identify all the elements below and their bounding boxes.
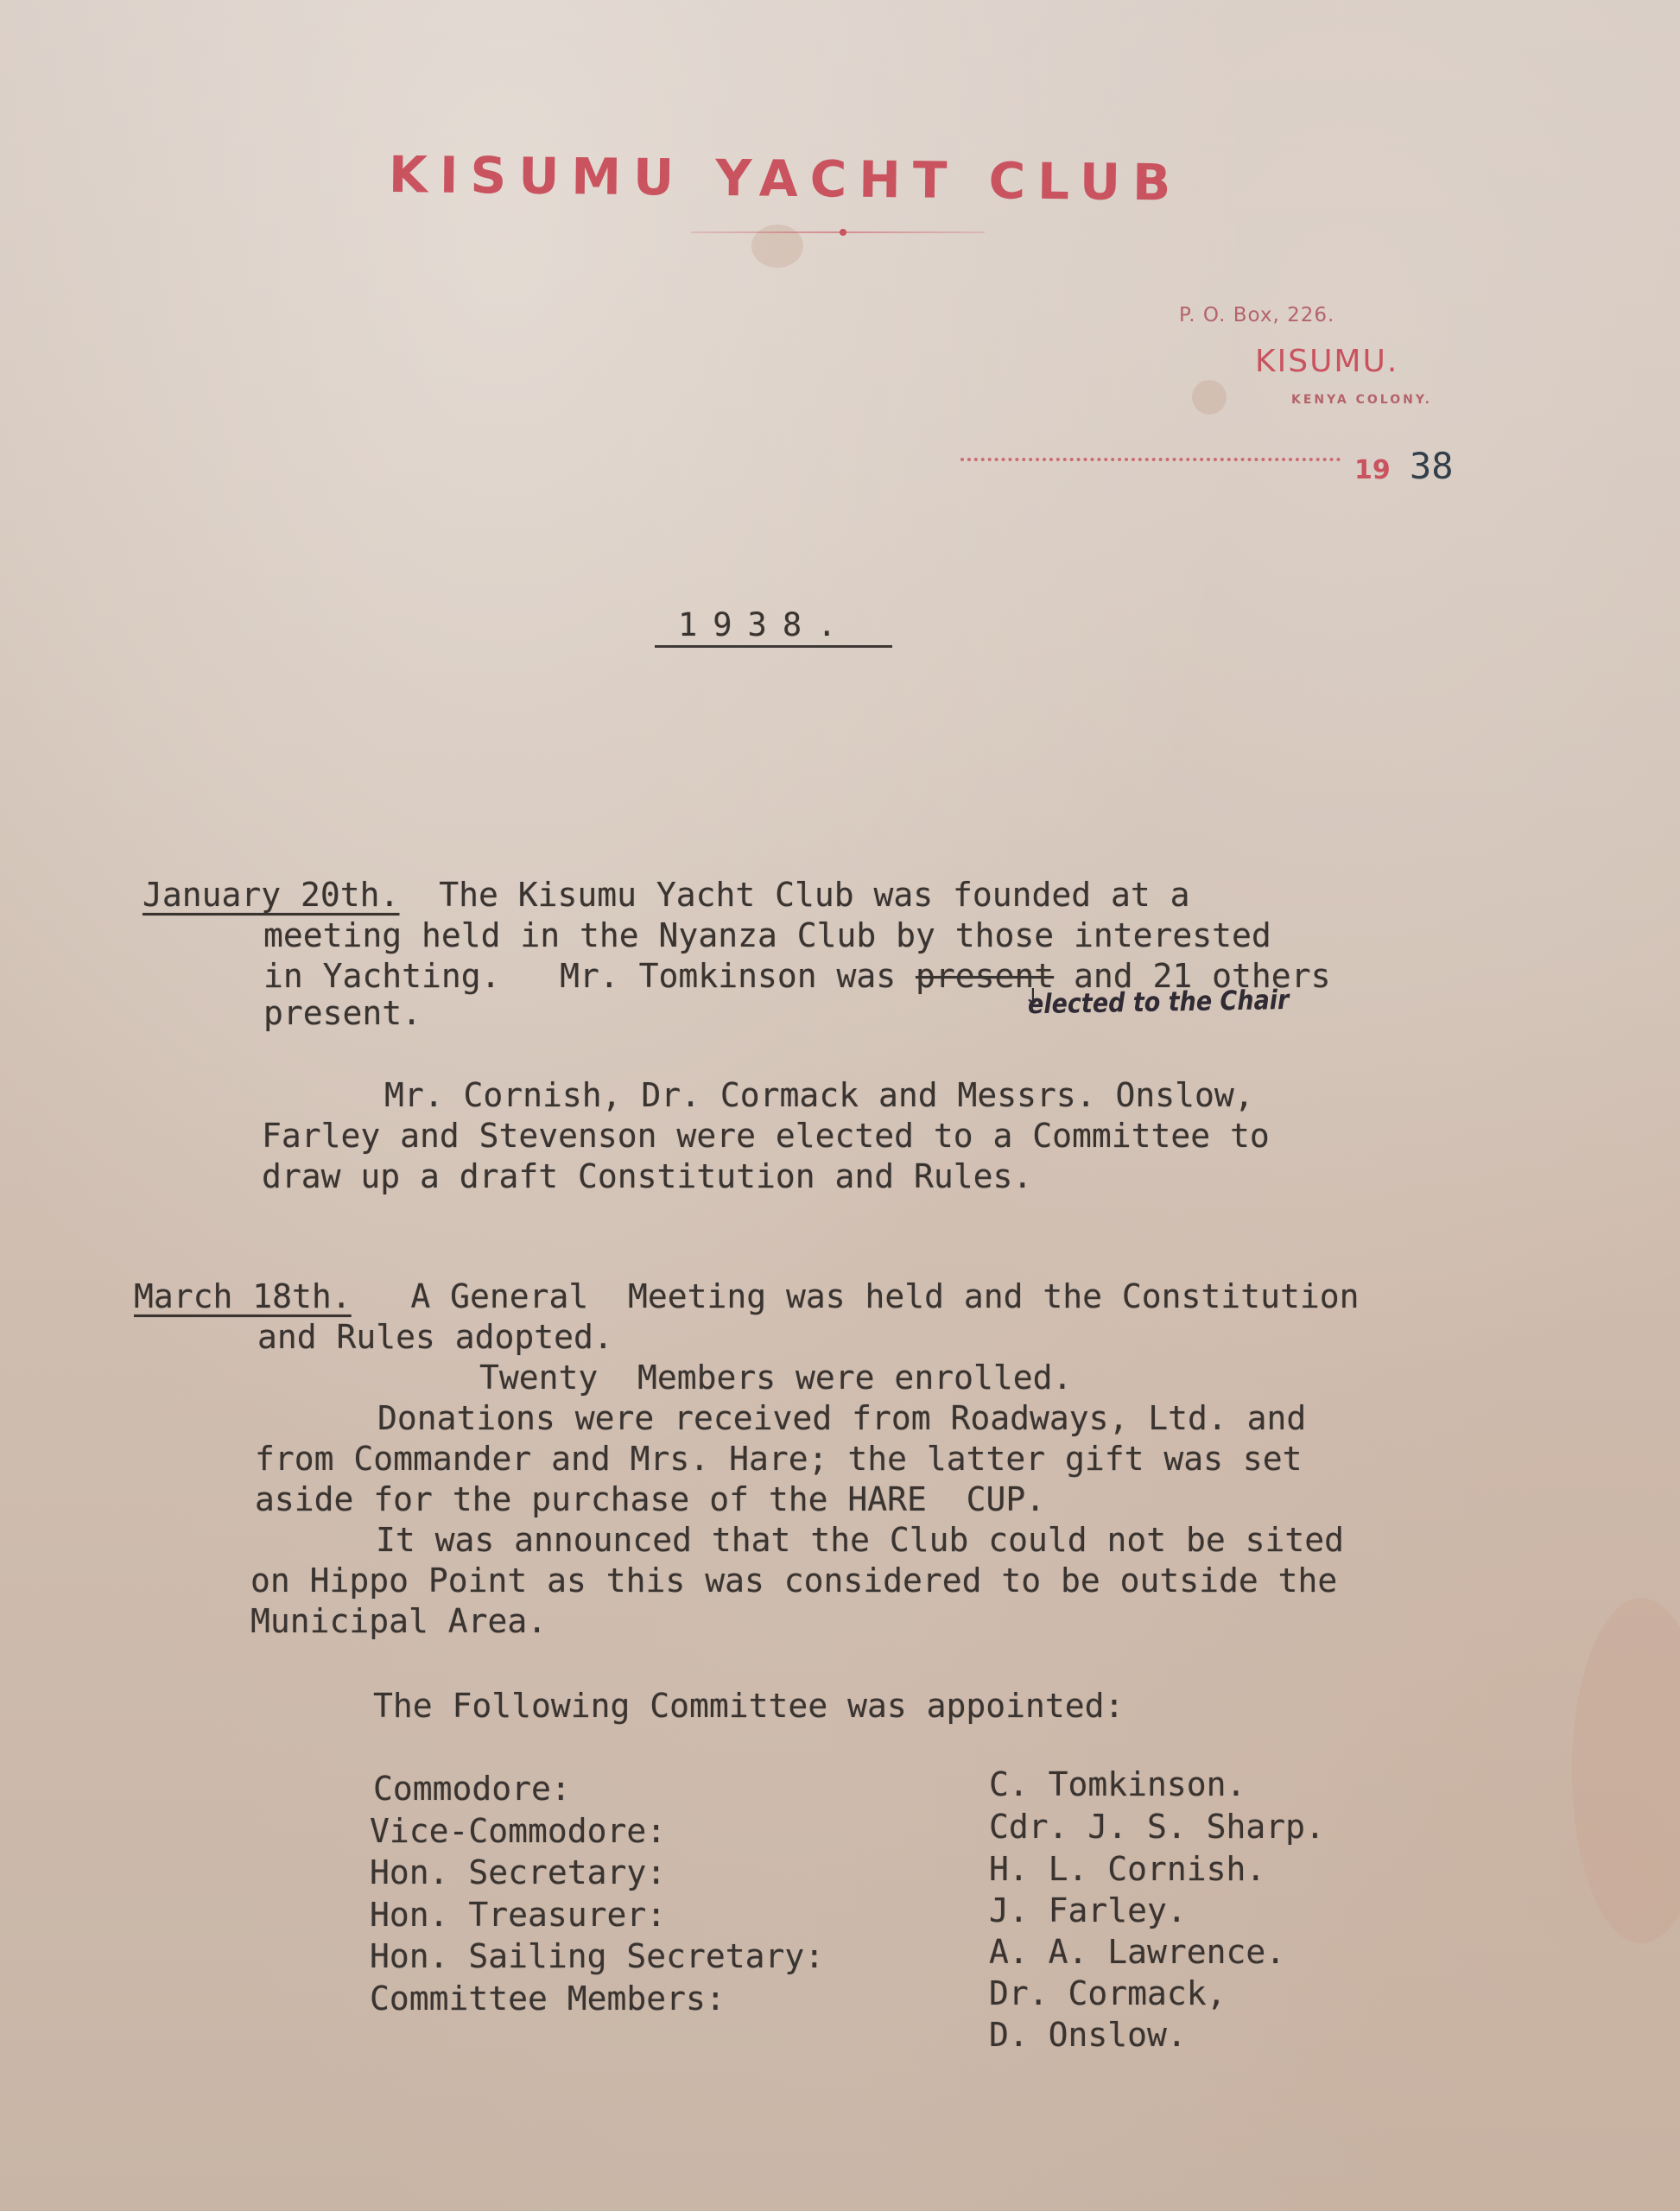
entry-date: March 18th.: [134, 1277, 352, 1315]
committee-role-label: Hon. Secretary:: [370, 1853, 666, 1893]
entry-line: The Kisumu Yacht Club was founded at a: [439, 876, 1189, 914]
handwritten-correction: elected to the Chair: [1028, 985, 1290, 1020]
year-heading: 1938.: [678, 605, 852, 645]
committee-role-label: Hon. Sailing Secretary:: [370, 1936, 824, 1977]
paragraph-line: aside for the purchase of the HARE CUP.: [255, 1479, 1045, 1520]
committee-role-value: A. A. Lawrence.: [989, 1932, 1285, 1973]
committee-role-label: Commodore:: [373, 1769, 571, 1809]
paragraph-line: draw up a draft Constitution and Rules.: [262, 1156, 1032, 1197]
entry-january: January 20th. The Kisumu Yacht Club was …: [143, 875, 1190, 915]
paragraph-line: Farley and Stevenson were elected to a C…: [262, 1116, 1270, 1156]
paragraph-line: from Commander and Mrs. Hare; the latter…: [255, 1439, 1303, 1479]
committee-role-value: C. Tomkinson.: [989, 1764, 1246, 1805]
entry-date: January 20th.: [143, 876, 399, 914]
date-dotted-line: [960, 458, 1341, 461]
committee-role-value: Cdr. J. S. Sharp.: [989, 1807, 1325, 1847]
entry-line: present.: [263, 993, 422, 1034]
entry-line: in Yachting. Mr. Tomkinson was: [263, 957, 896, 995]
entry-line: meeting held in the Nyanza Club by those…: [263, 915, 1271, 956]
committee-heading: The Following Committee was appointed:: [373, 1686, 1124, 1726]
paragraph-line: It was announced that the Club could not…: [376, 1520, 1344, 1561]
paragraph-line: Donations were received from Roadways, L…: [377, 1398, 1306, 1439]
letterhead-title: KISUMU YACHT CLUB: [389, 145, 1183, 212]
paragraph-line: Municipal Area.: [250, 1601, 547, 1642]
paragraph-line: Mr. Cornish, Dr. Cormack and Messrs. Ons…: [384, 1075, 1254, 1116]
letterhead-divider-dot: [840, 229, 846, 236]
committee-role-value: D. Onslow.: [989, 2015, 1187, 2056]
year-heading-underline: [655, 645, 892, 648]
date-prefix: 19: [1354, 455, 1391, 485]
po-box: P. O. Box, 226.: [1179, 304, 1334, 326]
committee-role-value: J. Farley.: [989, 1891, 1187, 1931]
paragraph-line: on Hippo Point as this was considered to…: [250, 1561, 1337, 1601]
city: KISUMU.: [1255, 344, 1398, 379]
paper-stain: [1192, 380, 1227, 415]
entry-march: March 18th. A General Meeting was held a…: [134, 1277, 1359, 1317]
committee-role-label: Hon. Treasurer:: [370, 1895, 666, 1935]
committee-role-value: Dr. Cormack,: [989, 1973, 1227, 2014]
date-year: 38: [1410, 445, 1454, 487]
entry-line: and Rules adopted.: [257, 1317, 613, 1358]
colony: KENYA COLONY.: [1291, 393, 1432, 407]
committee-role-label: Committee Members:: [370, 1979, 726, 2019]
letterhead-divider: [691, 231, 985, 233]
entry-line: A General Meeting was held and the Const…: [410, 1277, 1359, 1315]
paragraph-line: Twenty Members were enrolled.: [479, 1358, 1072, 1398]
committee-role-label: Vice-Commodore:: [370, 1811, 666, 1852]
committee-role-value: H. L. Cornish.: [989, 1849, 1265, 1890]
